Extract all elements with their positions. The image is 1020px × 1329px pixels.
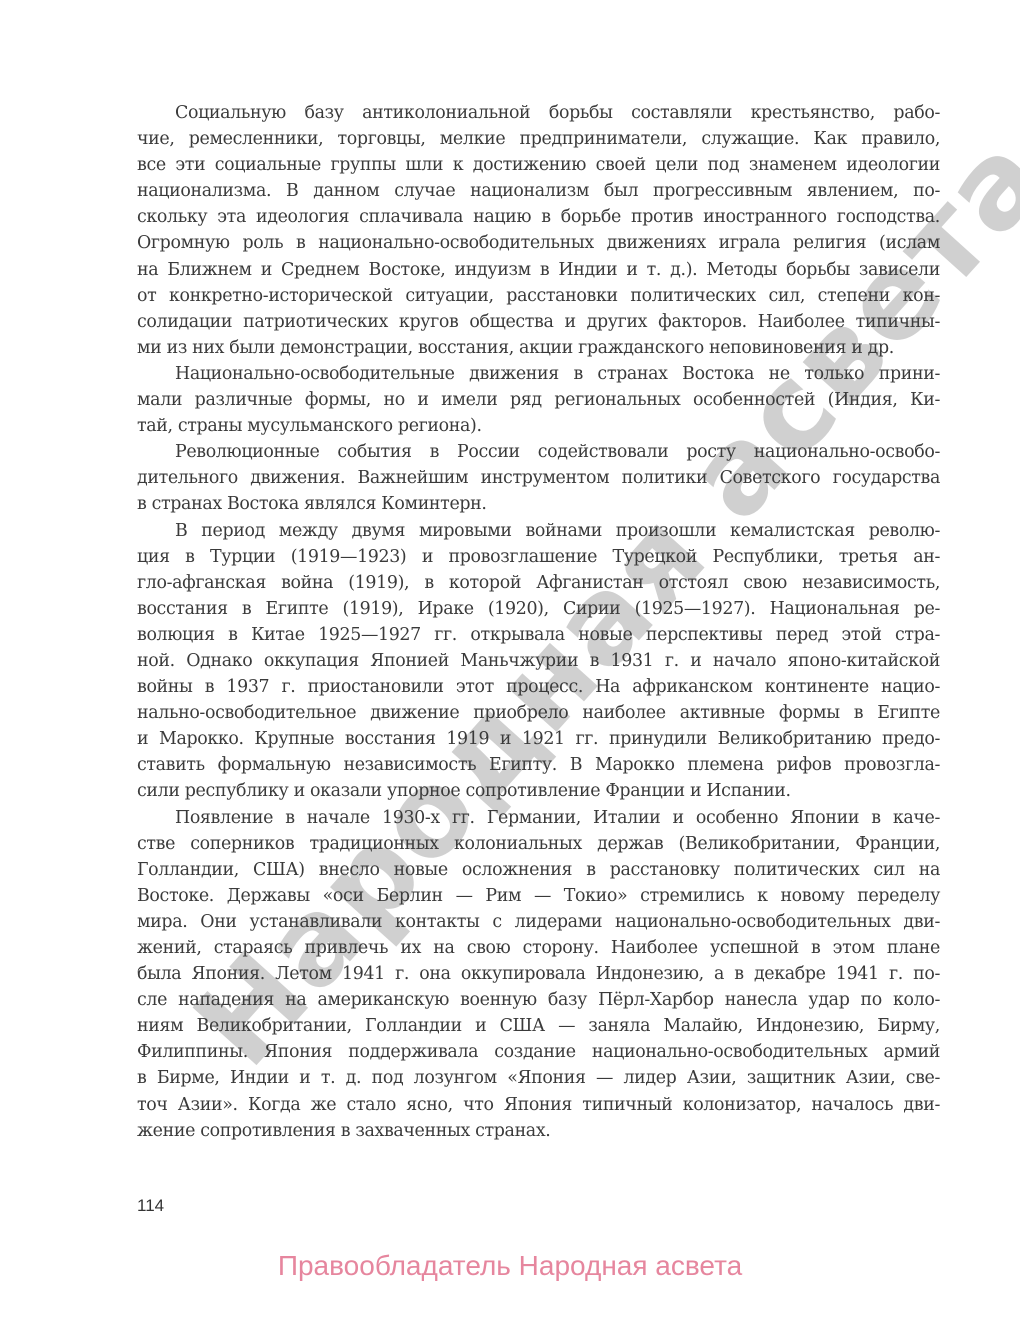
text-line: Огромную роль в национально-освободитель… (137, 230, 940, 256)
text-line: ция в Турции (1919—1923) и провозглашени… (137, 544, 940, 570)
text-line: ниям Великобритании, Голландии и США — з… (137, 1013, 940, 1039)
text-line: жений, стараясь привлечь их на свою стор… (137, 935, 940, 961)
text-line: тай, страны мусульманского региона). (137, 413, 940, 439)
text-line: национализма. В данном случае национализ… (137, 178, 940, 204)
paragraph-first-line: Революционные события в России содейство… (137, 439, 940, 465)
text-line: волюция в Китае 1925—1927 гг. открывала … (137, 622, 940, 648)
text-line: сили республику и оказали упорное сопрот… (137, 778, 940, 804)
text-line: была Япония. Летом 1941 г. она оккупиров… (137, 961, 940, 987)
paragraph-first-line: Национально-освободительные движения в с… (137, 361, 940, 387)
text-line: войны в 1937 г. приостановили этот проце… (137, 674, 940, 700)
body-text: Социальную базу антиколониальной борьбы … (137, 100, 940, 1144)
text-line: ной. Однако оккупация Японией Маньчжурии… (137, 648, 940, 674)
text-line: в Бирме, Индии и т. д. под лозунгом «Япо… (137, 1065, 940, 1091)
copyright-footer: Правообладатель Народная асвета (0, 1250, 1020, 1282)
text-line: Востоке. Державы «оси Берлин — Рим — Ток… (137, 883, 940, 909)
text-line: мали различные формы, но и имели ряд рег… (137, 387, 940, 413)
text-line: на Ближнем и Среднем Востоке, индуизм в … (137, 257, 940, 283)
text-line: от конкретно-исторической ситуации, расс… (137, 283, 940, 309)
text-line: чие, ремесленники, торговцы, мелкие пред… (137, 126, 940, 152)
paragraph-first-line: Социальную базу антиколониальной борьбы … (137, 100, 940, 126)
text-line: точ Азии». Когда же стало ясно, что Япон… (137, 1092, 940, 1118)
text-line: ми из них были демонстрации, восстания, … (137, 335, 940, 361)
text-line: скольку эта идеология сплачивала нацию в… (137, 204, 940, 230)
text-line: восстания в Египте (1919), Ираке (1920),… (137, 596, 940, 622)
text-line: ставить формальную независимость Египту.… (137, 752, 940, 778)
document-page: Народная асвета Социальную базу антиколо… (0, 0, 1020, 1329)
text-line: стве соперников традиционных колониальны… (137, 831, 940, 857)
text-line: и Марокко. Крупные восстания 1919 и 1921… (137, 726, 940, 752)
text-line: сле нападения на американскую военную ба… (137, 987, 940, 1013)
text-line: мира. Они устанавливали контакты с лидер… (137, 909, 940, 935)
page-number: 114 (137, 1196, 164, 1216)
text-line: солидации патриотических кругов общества… (137, 309, 940, 335)
text-line: все эти социальные группы шли к достижен… (137, 152, 940, 178)
text-line: нально-освободительное движение приобрел… (137, 700, 940, 726)
text-line: гло-афганская война (1919), в которой Аф… (137, 570, 940, 596)
text-line: дительного движения. Важнейшим инструмен… (137, 465, 940, 491)
paragraph-first-line: В период между двумя мировыми войнами пр… (137, 518, 940, 544)
text-line: жение сопротивления в захваченных страна… (137, 1118, 940, 1144)
text-line: в странах Востока являлся Коминтерн. (137, 491, 940, 517)
paragraph-first-line: Появление в начале 1930-х гг. Германии, … (137, 805, 940, 831)
text-line: Филиппины. Япония поддерживала создание … (137, 1039, 940, 1065)
text-line: Голландии, США) внесло новые осложнения … (137, 857, 940, 883)
